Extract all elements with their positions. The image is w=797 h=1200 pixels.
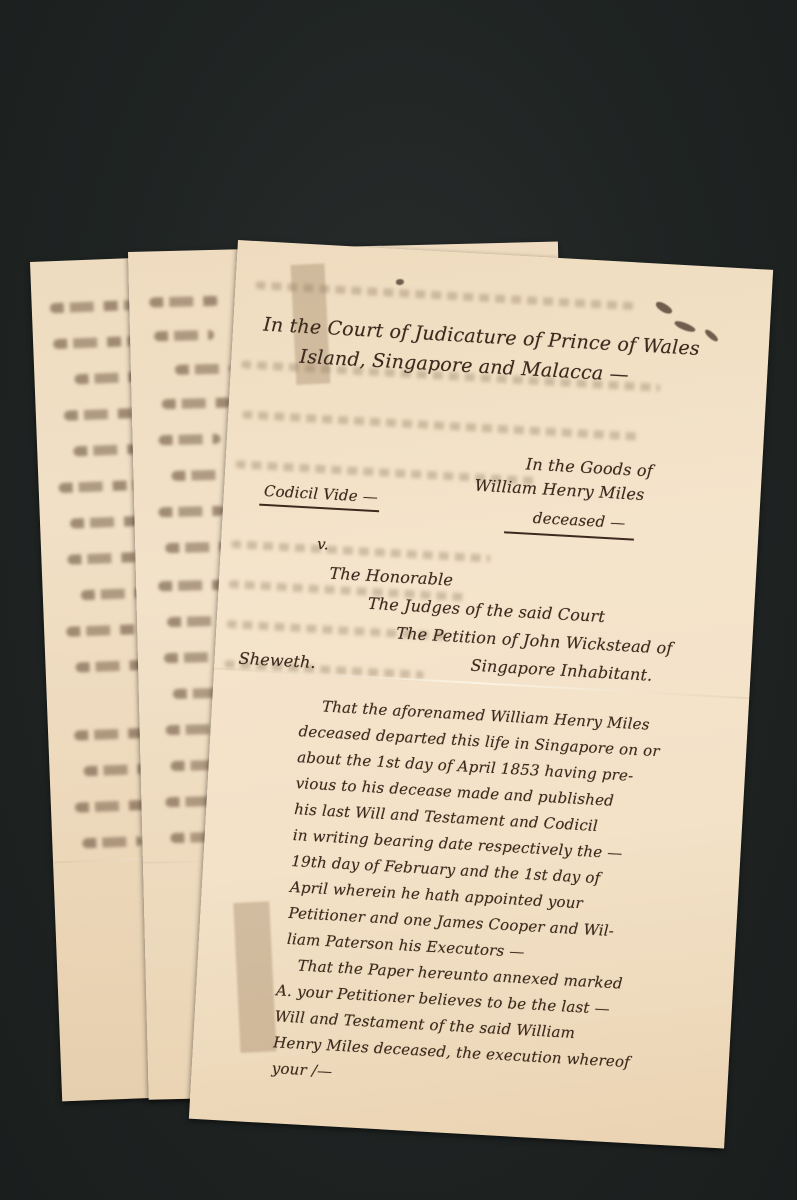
body-line-10: liam Paterson his Executors — (287, 930, 526, 961)
address-line-2: The Judges of the said Court (367, 594, 605, 626)
address-line-4: Singapore Inhabitant. (470, 656, 653, 685)
case-title-line-2: William Henry Miles (474, 476, 645, 504)
front-manuscript-sheet: In the Court of Judicature of Prince of … (189, 240, 773, 1149)
marginal-note: Codicil Vide — (264, 482, 379, 506)
versus-mark: v. (317, 535, 330, 554)
seal-ribbon-bottom (233, 901, 276, 1053)
case-title-line-3: deceased — (532, 509, 626, 532)
case-title-line-1: In the Goods of (525, 454, 653, 480)
address-line-3: The Petition of John Wickstead of (396, 623, 673, 657)
body-line-15: your /— (271, 1059, 332, 1080)
address-line-1: The Honorable (329, 564, 454, 590)
